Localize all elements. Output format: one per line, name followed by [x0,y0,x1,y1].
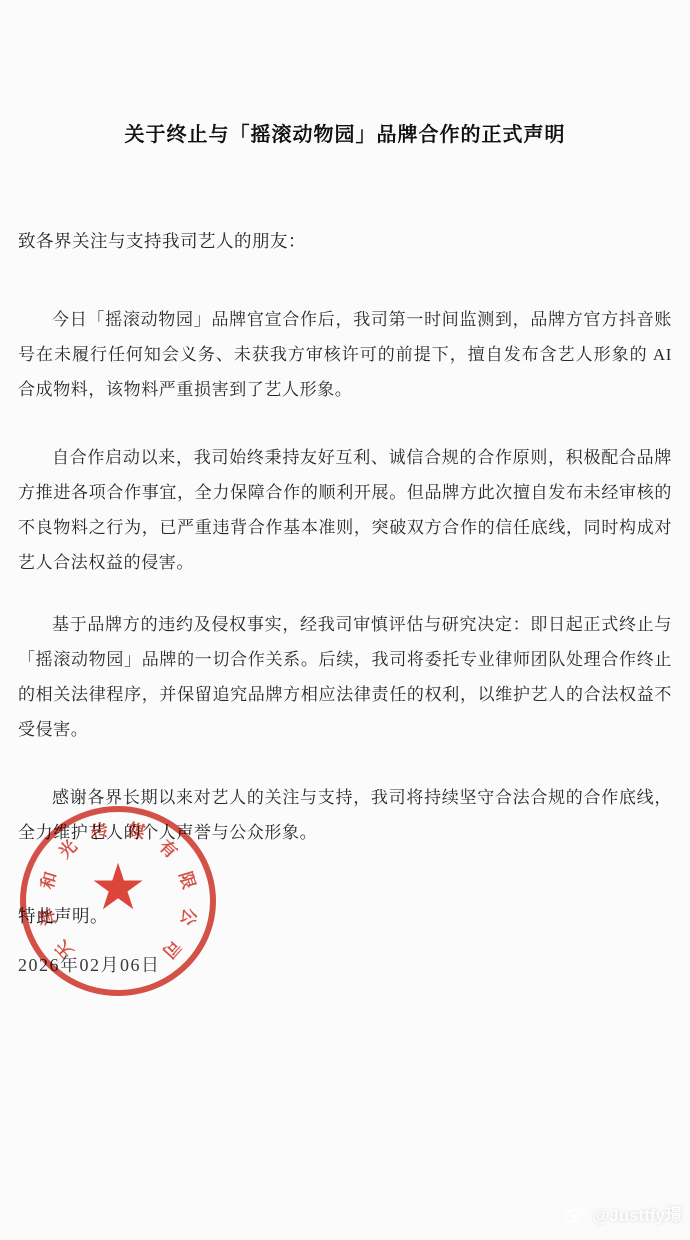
salutation-line: 致各界关注与支持我司艺人的朋友： [18,228,672,253]
paragraph-termination-decision: 基于品牌方的违约及侵权事实，经我司审慎评估与研究决定：即日起正式终止与「摇滚动物… [18,607,672,747]
closing-line: 特此声明。 [18,903,672,928]
statement-title: 关于终止与「摇滚动物园」品牌合作的正式声明 [18,118,672,147]
paragraph-incident: 今日「摇滚动物园」品牌官宣合作后，我司第一时间监测到，品牌方官方抖音账号在未履行… [18,302,672,407]
statement-screenshot: { "page": { "background": "#fbfbfb" }, "… [0,0,690,1240]
weibo-logo-icon [564,1204,590,1224]
date-line: 2026年02月06日 [18,951,672,977]
watermark: @Justtfy璟 [564,1201,682,1226]
paragraph-principles: 自合作启动以来，我司始终秉持友好互利、诚信合规的合作原则，积极配合品牌方推进各项… [18,440,672,580]
watermark-handle: @Justtfy璟 [593,1201,682,1226]
paragraph-thanks: 感谢各界长期以来对艺人的关注与支持，我司将持续坚守合法合规的合作底线，全力维护艺… [18,780,672,850]
